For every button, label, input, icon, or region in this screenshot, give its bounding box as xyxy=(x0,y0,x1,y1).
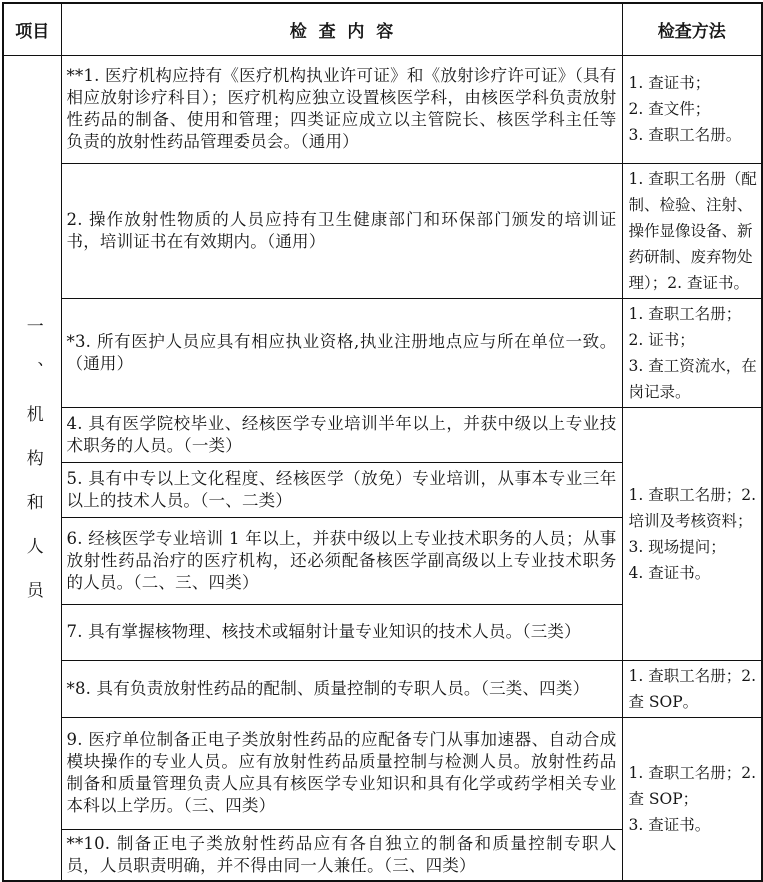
header-content: 检 查 内 容 xyxy=(61,3,622,55)
category-cell: 一、机构和人员 xyxy=(3,55,61,881)
table-row: 一、机构和人员 **1. 医疗机构应持有《医疗机构执业许可证》和《放射诊疗许可证… xyxy=(3,55,762,163)
table-row: *8. 具有负责放射性药品的配制、质量控制的专职人员。（三类、四类） 1. 查职… xyxy=(3,660,762,717)
table-row: 4. 具有医学院校毕业、经核医学专业培训半年以上，并获中级以上专业技术职务的人员… xyxy=(3,407,762,462)
method-cell-1: 1. 查证书； 2. 查文件； 3. 查职工名册。 xyxy=(622,55,762,163)
content-cell-5: 5. 具有中专以上文化程度、经核医学（放免）专业培训，从事本专业三年以上的技术人… xyxy=(61,462,622,517)
content-cell-1: **1. 医疗机构应持有《医疗机构执业许可证》和《放射诊疗许可证》（具有相应放射… xyxy=(61,55,622,163)
method-cell-3: 1. 查职工名册； 2. 证书； 3. 查工资流水，在岗记录。 xyxy=(622,298,762,407)
content-cell-10: **10. 制备正电子类放射性药品应有各自独立的制备和质量控制专职人员，人员职责… xyxy=(61,829,622,881)
method-cell-4-7: 1. 查职工名册；2. 培训及考核资料； 3. 现场提问； 4. 查证书。 xyxy=(622,407,762,660)
inspection-checklist-table: 项目 检 查 内 容 检查方法 一、机构和人员 **1. 医疗机构应持有《医疗机… xyxy=(2,2,763,882)
table-header-row: 项目 检 查 内 容 检查方法 xyxy=(3,3,762,55)
category-label: 一、机构和人员 xyxy=(24,307,41,625)
table-row: 9. 医疗单位制备正电子类放射性药品的应配备专门从事加速器、自动合成模块操作的专… xyxy=(3,717,762,829)
method-cell-2: 1. 查职工名册（配制、检验、注射、操作显像设备、新药研制、废弃物处理）；2. … xyxy=(622,163,762,298)
content-cell-6: 6. 经核医学专业培训 1 年以上，并获中级以上专业技术职务的人员；从事放射性药… xyxy=(61,517,622,604)
content-cell-4: 4. 具有医学院校毕业、经核医学专业培训半年以上，并获中级以上专业技术职务的人员… xyxy=(61,407,622,462)
document-page: 项目 检 查 内 容 检查方法 一、机构和人员 **1. 医疗机构应持有《医疗机… xyxy=(0,0,763,832)
table-row: *3. 所有医护人员应具有相应执业资格,执业注册地点应与所在单位一致。（通用） … xyxy=(3,298,762,407)
table-row: 2. 操作放射性物质的人员应持有卫生健康部门和环保部门颁发的培训证书，培训证书在… xyxy=(3,163,762,298)
content-cell-2: 2. 操作放射性物质的人员应持有卫生健康部门和环保部门颁发的培训证书，培训证书在… xyxy=(61,163,622,298)
header-item: 项目 xyxy=(3,3,61,55)
content-cell-9: 9. 医疗单位制备正电子类放射性药品的应配备专门从事加速器、自动合成模块操作的专… xyxy=(61,717,622,829)
content-cell-8: *8. 具有负责放射性药品的配制、质量控制的专职人员。（三类、四类） xyxy=(61,660,622,717)
method-cell-8: 1. 查职工名册；2. 查 SOP。 xyxy=(622,660,762,717)
method-cell-9-10: 1. 查职工名册；2. 查 SOP； 3. 查证书。 xyxy=(622,717,762,881)
content-cell-3: *3. 所有医护人员应具有相应执业资格,执业注册地点应与所在单位一致。（通用） xyxy=(61,298,622,407)
header-method: 检查方法 xyxy=(622,3,762,55)
content-cell-7: 7. 具有掌握核物理、核技术或辐射计量专业知识的技术人员。（三类） xyxy=(61,604,622,660)
